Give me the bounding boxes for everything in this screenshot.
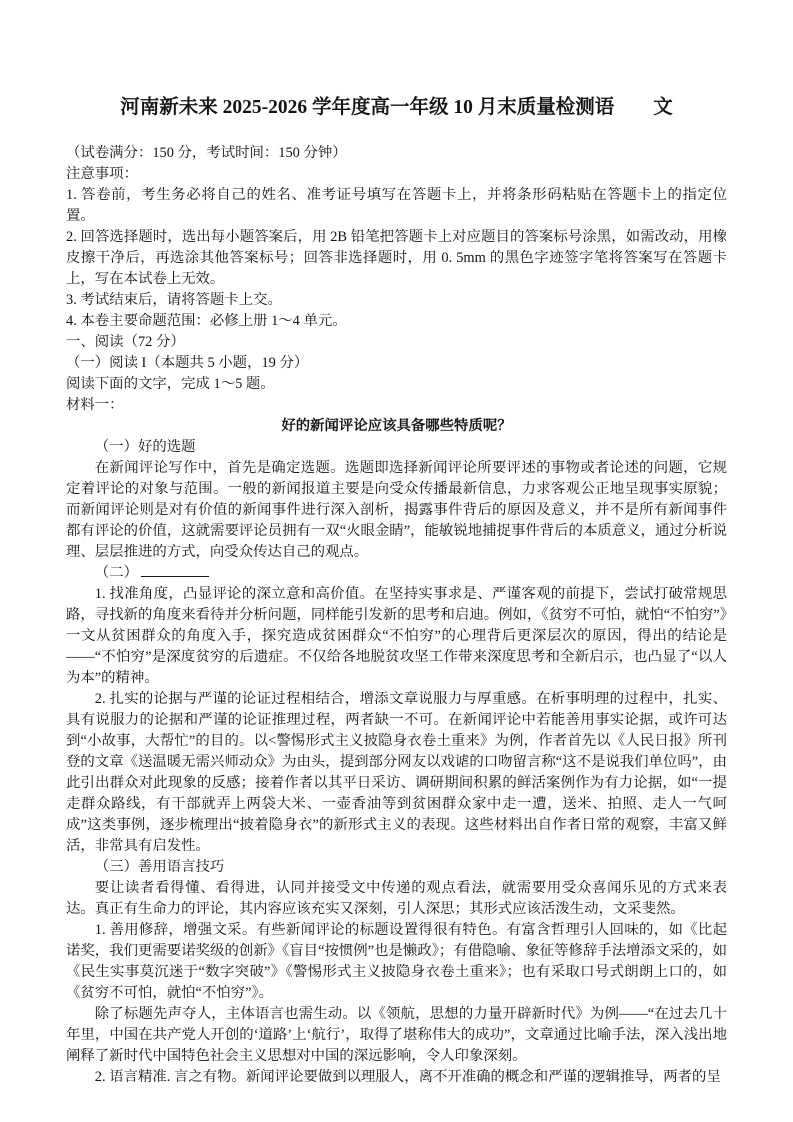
body-paragraph: 在新闻评论写作中，首先是确定选题。选题即选择新闻评论所要评述的事物或者论述的问题… [66,458,727,563]
notice-heading: 注意事项： [66,164,727,185]
notice-item-4: 4. 本卷主要命题范围：必修上册 1～4 单元。 [66,311,727,332]
notice-item-1: 1. 答卷前，考生务必将自己的姓名、准考证号填写在答题卡上，并将条形码粘贴在答题… [66,185,727,227]
page-title: 河南新未来 2025-2026 学年度高一年级 10 月末质量检测语 文 [66,94,727,122]
subheading-good-topic: （一）好的选题 [66,437,727,458]
body-paragraph-truncated: 2. 语言精准. 言之有物。新闻评论要做到以理服人，离不开准确的概念和严谨的逻辑… [66,1067,727,1088]
material-title: 好的新闻评论应该具备哪些特质呢？ [66,416,727,437]
body-paragraph: 2. 扎实的论据与严谨的论证过程相结合，增添文章说服力与厚重感。在析事明理的过程… [66,689,727,857]
fill-blank-line [141,564,209,577]
subheading-blank: （二） [66,563,727,584]
subheading-language-skill: （三）善用语言技巧 [66,857,727,878]
reading-instruction: 阅读下面的文字，完成 1～5 题。 [66,374,727,395]
body-paragraph: 1. 找准角度，凸显评论的深立意和高价值。在坚持实事求是、严谨客观的前提下，尝试… [66,584,727,689]
exam-info: （试卷满分：150 分，考试时间：150 分钟） [66,143,727,164]
notice-item-3: 3. 考试结束后，请将答题卡上交。 [66,290,727,311]
part-heading: 一、阅读（72 分） [66,332,727,353]
section-heading: （一）阅读 I（本题共 5 小题，19 分） [66,353,727,374]
body-paragraph: 除了标题先声夺人，主体语言也需生动。以《领航，思想的力量开辟新时代》为例——“在… [66,1004,727,1067]
body-paragraph: 1. 善用修辞，增强文采。有些新闻评论的标题设置得很有特色。有富含哲理引人回味的… [66,920,727,1004]
notice-item-2: 2. 回答选择题时，选出每小题答案后，用 2B 铅笔把答题卡上对应题目的答案标号… [66,227,727,290]
body-paragraph: 要让读者看得懂、看得进，认同并接受文中传递的观点看法，就需要用受众喜闻乐见的方式… [66,878,727,920]
exam-page: 河南新未来 2025-2026 学年度高一年级 10 月末质量检测语 文 （试卷… [0,0,793,1122]
material-label: 材料一： [66,395,727,416]
subheading-blank-label: （二） [95,565,138,581]
